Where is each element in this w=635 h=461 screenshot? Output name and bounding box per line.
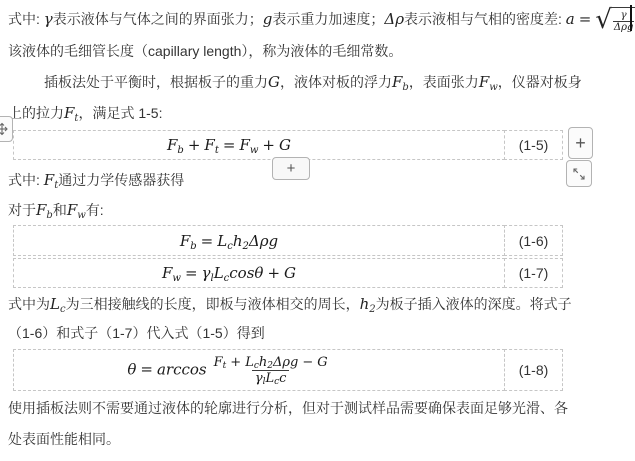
text-caret xyxy=(630,5,632,31)
paragraph-line-1: 式中: γ表示液体与气体之间的界面张力；g表示重力加速度；Δρ表示液相与气相的密… xyxy=(8,4,635,34)
formula-1-5: Fb+Ft=Fw+G xyxy=(167,136,291,154)
plus-icon: + xyxy=(287,160,296,177)
paragraph-line-3: 插板法处于平衡时，根据板子的重力G，液体对板的浮力Fb，表面张力Fw，仪器对板身 xyxy=(44,71,582,93)
paragraph-line-6: 对于Fb和Fw有: xyxy=(8,199,104,221)
paragraph-line-2: 该液体的毛细管长度（capillary length），称为液体的毛细常数。 xyxy=(8,40,402,62)
diagonal-resize-icon xyxy=(571,166,587,182)
paragraph-line-8: （1-6）和式子（1-7）代入式（1-5）得到 xyxy=(8,322,265,344)
equation-1-5[interactable]: Fb+Ft=Fw+G xyxy=(13,130,505,160)
paragraph-line-10: 处表面性能相同。 xyxy=(8,428,120,450)
expand-resize-button[interactable] xyxy=(566,160,592,187)
document-page: 式中: γ表示液体与气体之间的界面张力；g表示重力加速度；Δρ表示液相与气相的密… xyxy=(0,0,635,461)
equation-box-1-5: Fb+Ft=Fw+G (1-5) xyxy=(13,130,563,160)
equation-1-7[interactable]: Fw=γlLccosθ+G xyxy=(13,258,505,288)
formula-1-8: θ=arccosFt+Lch2Δρg−GγlLcc xyxy=(127,355,330,386)
paragraph-line-7: 式中为Lc为三相接触线的长度，即板与液体相交的周长，h2为板子插入液体的深度。将… xyxy=(8,293,572,315)
add-row-button[interactable]: + xyxy=(272,157,310,180)
move-handle-button[interactable] xyxy=(0,116,13,142)
paragraph-line-5: 式中: Ft通过力学传感器获得 xyxy=(8,169,184,191)
add-equation-right-button[interactable]: + xyxy=(568,127,593,159)
equation-number-1-7: (1-7) xyxy=(504,258,563,288)
formula-1-6: Fb=Lch2Δρg xyxy=(180,232,278,250)
equation-number-1-5: (1-5) xyxy=(504,130,563,160)
equation-box-1-7: Fw=γlLccosθ+G (1-7) xyxy=(13,258,563,288)
equation-number-1-6: (1-6) xyxy=(504,225,563,256)
move-icon xyxy=(0,122,9,136)
equation-box-1-8: θ=arccosFt+Lch2Δρg−GγlLcc (1-8) xyxy=(13,349,563,391)
equation-1-6[interactable]: Fb=Lch2Δρg xyxy=(13,225,505,256)
plus-icon: + xyxy=(575,133,586,154)
formula-1-7: Fw=γlLccosθ+G xyxy=(162,264,296,282)
paragraph-line-4: 上的拉力Ft，满足式 1-5: xyxy=(8,102,162,124)
fraction: Ft+Lch2Δρg−GγlLcc xyxy=(211,355,331,386)
equation-1-8[interactable]: θ=arccosFt+Lch2Δρg−GγlLcc xyxy=(13,349,505,391)
equation-number-1-8: (1-8) xyxy=(504,349,563,391)
equation-box-1-6: Fb=Lch2Δρg (1-6) xyxy=(13,225,563,256)
paragraph-line-9: 使用插板法则不需要通过液体的轮廓进行分析，但对于测试样品需要确保表面足够光滑、各 xyxy=(8,397,568,419)
